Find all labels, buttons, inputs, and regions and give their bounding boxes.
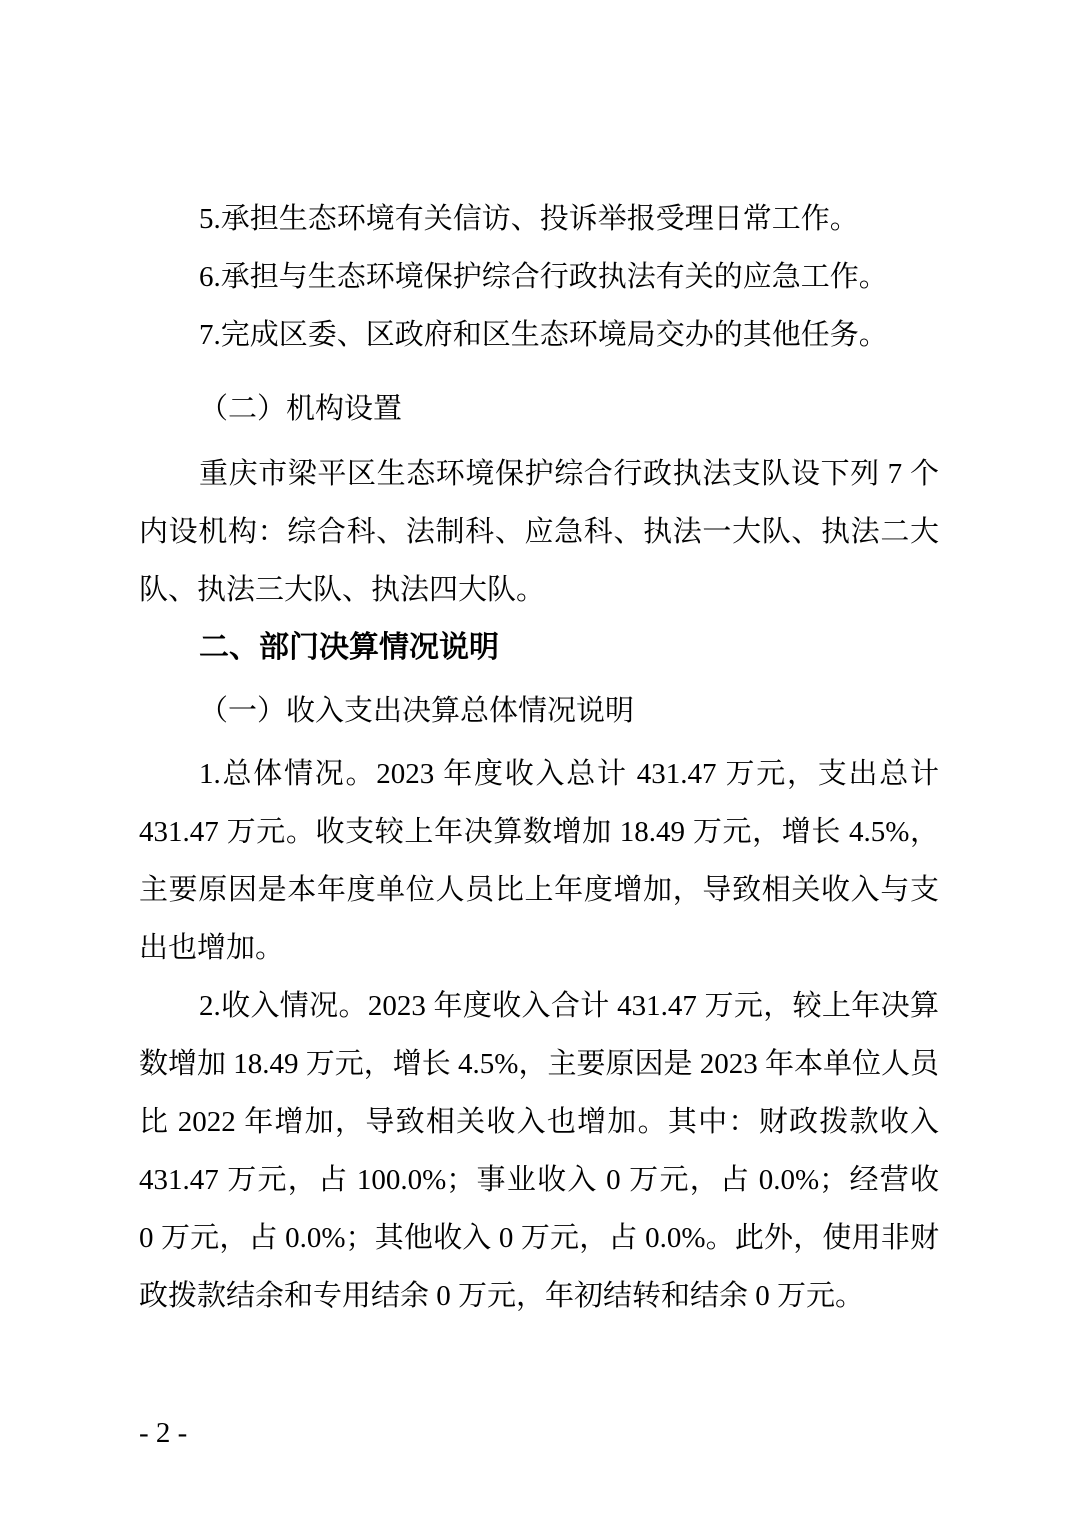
org-setup-line-2: 内设机构：综合科、法制科、应急科、执法一大队、执法二大 — [139, 503, 939, 561]
org-setup-line-3: 队、执法三大队、执法四大队。 — [139, 561, 939, 619]
income-line-5: 0 万元，占 0.0%；其他收入 0 万元，占 0.0%。此外，使用非财 — [139, 1209, 939, 1267]
income-line-2: 数增加 18.49 万元，增长 4.5%，主要原因是 2023 年本单位人员 — [139, 1035, 939, 1093]
duty-line-5: 5.承担生态环境有关信访、投诉举报受理日常工作。 — [139, 190, 939, 248]
org-setup-line-1: 重庆市梁平区生态环境保护综合行政执法支队设下列 7 个 — [139, 445, 939, 503]
income-line-6: 政拨款结余和专用结余 0 万元，年初结转和结余 0 万元。 — [139, 1267, 939, 1325]
heading-budget-section: 二、部门决算情况说明 — [139, 619, 939, 677]
page-number: - 2 - — [139, 1404, 939, 1462]
duty-line-6: 6.承担与生态环境保护综合行政执法有关的应急工作。 — [139, 248, 939, 306]
overview-line-1: 1.总体情况。2023 年度收入总计 431.47 万元，支出总计 — [139, 745, 939, 803]
income-line-1: 2.收入情况。2023 年度收入合计 431.47 万元，较上年决算 — [139, 977, 939, 1035]
overview-line-2: 431.47 万元。收支较上年决算数增加 18.49 万元，增长 4.5%， — [139, 803, 939, 861]
document-page: 5.承担生态环境有关信访、投诉举报受理日常工作。 6.承担与生态环境保护综合行政… — [0, 0, 1075, 1520]
income-line-4: 431.47 万元，占 100.0%；事业收入 0 万元，占 0.0%；经营收入 — [139, 1151, 939, 1209]
overview-line-3: 主要原因是本年度单位人员比上年度增加，导致相关收入与支 — [139, 861, 939, 919]
duty-line-7: 7.完成区委、区政府和区生态环境局交办的其他任务。 — [139, 306, 939, 364]
heading-income-expense-overview: （一）收入支出决算总体情况说明 — [139, 682, 939, 740]
overview-line-4: 出也增加。 — [139, 919, 939, 977]
income-line-3: 比 2022 年增加，导致相关收入也增加。其中：财政拨款收入 — [139, 1093, 939, 1151]
heading-org-setup: （二）机构设置 — [139, 380, 939, 438]
